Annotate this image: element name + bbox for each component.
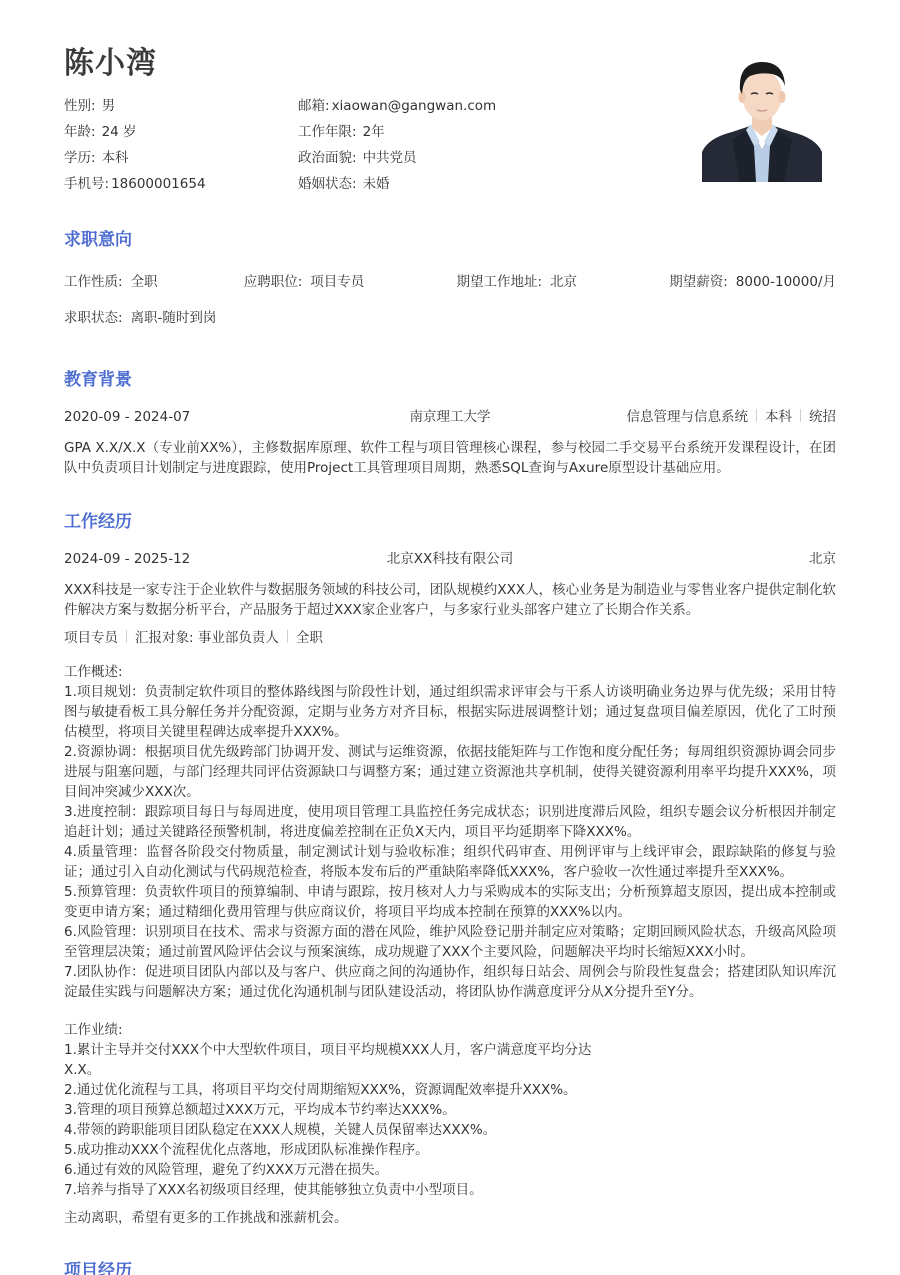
company-intro: XXX科技是一家专注于企业软件与数据服务领域的科技公司，团队规模约XXX人，核心… [64, 580, 836, 620]
intent-value: 项目专员 [310, 274, 364, 290]
info-age: 年龄:24 岁 [64, 119, 298, 145]
info-label: 婚姻状态: [298, 176, 357, 192]
info-marital: 婚姻状态:未婚 [298, 171, 624, 197]
info-value: 2年 [363, 124, 385, 140]
achievement-item: 4.带领的跨职能项目团队稳定在XXX人规模，关键人员保留率达XXX%。 [64, 1120, 836, 1140]
work-position: 项目专员 [64, 630, 118, 646]
portrait-illustration [702, 50, 822, 182]
leave-reason: 主动离职，希望有更多的工作挑战和涨薪机会。 [64, 1208, 836, 1228]
job-status-row: 求职状态:离职-随时到岗 [64, 308, 836, 328]
info-work-years: 工作年限:2年 [298, 119, 624, 145]
separator [756, 409, 757, 422]
info-email: 邮箱:xiaowan@gangwan.com [298, 93, 624, 119]
overview-item: 1.项目规划：负责制定软件项目的整体路线图与阶段性计划，通过组织需求评审会与干系… [64, 682, 836, 742]
intent-salary: 期望薪资:8000-10000/月 [669, 272, 836, 292]
education-header-row: 2020-09 - 2024-07 南京理工大学 信息管理与信息系统本科统招 [64, 407, 836, 427]
work-overview: 工作概述: 1.项目规划：负责制定软件项目的整体路线图与阶段性计划，通过组织需求… [64, 662, 836, 1002]
info-label: 政治面貌: [298, 150, 357, 166]
work-role-row: 项目专员汇报对象: 事业部负责人全职 [64, 628, 836, 648]
info-value: 未婚 [363, 176, 390, 192]
separator [800, 409, 801, 422]
overview-item: 3.进度控制：跟踪项目每日与每周进度，使用项目管理工具监控任务完成状态；识别进度… [64, 802, 836, 842]
work-job-type: 全职 [296, 630, 323, 646]
info-value: 中共党员 [363, 150, 417, 166]
intent-work-type: 工作性质:全职 [64, 272, 158, 292]
degree: 本科 [765, 409, 792, 425]
avatar-photo [702, 50, 822, 182]
section-title-projects: 项目经历 [64, 1256, 132, 1275]
achievement-item: 3.管理的项目预算总额超过XXX万元，平均成本节约率达XXX%。 [64, 1100, 836, 1120]
achievements-title: 工作业绩: [64, 1020, 836, 1040]
info-label: 性别: [64, 98, 96, 114]
separator [287, 630, 288, 643]
education-period: 2020-09 - 2024-07 [64, 407, 190, 427]
work-city: 北京 [809, 549, 836, 569]
section-title-education: 教育背景 [64, 365, 132, 390]
intent-position: 应聘职位:项目专员 [244, 272, 365, 292]
work-header-row: 2024-09 - 2025-12 北京XX科技有限公司 北京 [64, 549, 836, 569]
info-value: 24 岁 [102, 124, 137, 140]
intent-label: 期望工作地址: [456, 274, 542, 290]
overview-item: 5.预算管理：负责软件项目的预算编制、申请与跟踪，按月核对人力与采购成本的实际支… [64, 882, 836, 922]
achievement-item: 2.通过优化流程与工具，将项目平均交付周期缩短XXX%，资源调配效率提升XXX%… [64, 1080, 836, 1100]
info-label: 年龄: [64, 124, 96, 140]
overview-item: 4.质量管理：监督各阶段交付物质量，制定测试计划与验收标准；组织代码审查、用例评… [64, 842, 836, 882]
overview-item: 2.资源协调：根据项目优先级跨部门协调开发、测试与运维资源，依据技能矩阵与工作饱… [64, 742, 836, 802]
work-period: 2024-09 - 2025-12 [64, 549, 190, 569]
intent-location: 期望工作地址:北京 [456, 272, 577, 292]
achievement-item: 6.通过有效的风险管理，避免了约XXX万元潜在损失。 [64, 1160, 836, 1180]
section-title-work: 工作经历 [64, 507, 132, 532]
personal-info: 性别:男 邮箱:xiaowan@gangwan.com 年龄:24 岁 工作年限… [64, 93, 624, 197]
info-label: 学历: [64, 150, 96, 166]
section-title-job-intent: 求职意向 [64, 225, 132, 250]
intent-value: 全职 [131, 274, 158, 290]
separator [126, 630, 127, 643]
info-gender: 性别:男 [64, 93, 298, 119]
email-link[interactable]: xiaowan@gangwan.com [332, 98, 497, 114]
work-achievements: 工作业绩: 1.累计主导并交付XXX个中大型软件项目，项目平均规模XXX人月，客… [64, 1020, 836, 1200]
overview-item: 6.风险管理：识别项目在技术、需求与资源方面的潜在风险，维护风险登记册并制定应对… [64, 922, 836, 962]
intent-value: 北京 [550, 274, 577, 290]
candidate-name: 陈小湾 [64, 38, 157, 82]
overview-item: 7.团队协作：促进项目团队内部以及与客户、供应商之间的沟通协作，组织每日站会、周… [64, 962, 836, 1002]
achievement-item: 5.成功推动XXX个流程优化点落地，形成团队标准操作程序。 [64, 1140, 836, 1160]
job-intent-row: 工作性质:全职 应聘职位:项目专员 期望工作地址:北京 期望薪资:8000-10… [64, 272, 836, 292]
info-value: 18600001654 [111, 176, 205, 192]
info-political: 政治面貌:中共党员 [298, 145, 624, 171]
info-education: 学历:本科 [64, 145, 298, 171]
info-phone: 手机号:18600001654 [64, 171, 298, 197]
info-label: 工作年限: [298, 124, 357, 140]
major: 信息管理与信息系统 [627, 409, 749, 425]
achievement-item: X.X。 [64, 1060, 836, 1080]
info-label: 邮箱: [298, 98, 330, 114]
intent-label: 期望薪资: [669, 274, 728, 290]
info-value: 男 [102, 98, 116, 114]
status-label: 求职状态: [64, 310, 123, 326]
intent-value: 8000-10000/月 [736, 274, 836, 290]
enrollment-type: 统招 [809, 409, 836, 425]
achievement-item: 7.培养与指导了XXX名初级项目经理，使其能够独立负责中小型项目。 [64, 1180, 836, 1200]
info-label: 手机号: [64, 176, 109, 192]
education-description: GPA X.X/X.X（专业前XX%），主修数据库原理、软件工程与项目管理核心课… [64, 438, 836, 478]
education-details: 信息管理与信息系统本科统招 [627, 407, 837, 427]
achievement-item: 1.累计主导并交付XXX个中大型软件项目，项目平均规模XXX人月，客户满意度平均… [64, 1040, 836, 1060]
info-value: 本科 [102, 150, 129, 166]
report-to: 汇报对象: 事业部负责人 [135, 630, 279, 646]
status-value: 离职-随时到岗 [131, 310, 217, 326]
overview-title: 工作概述: [64, 662, 836, 682]
intent-label: 工作性质: [64, 274, 123, 290]
intent-label: 应聘职位: [244, 274, 303, 290]
